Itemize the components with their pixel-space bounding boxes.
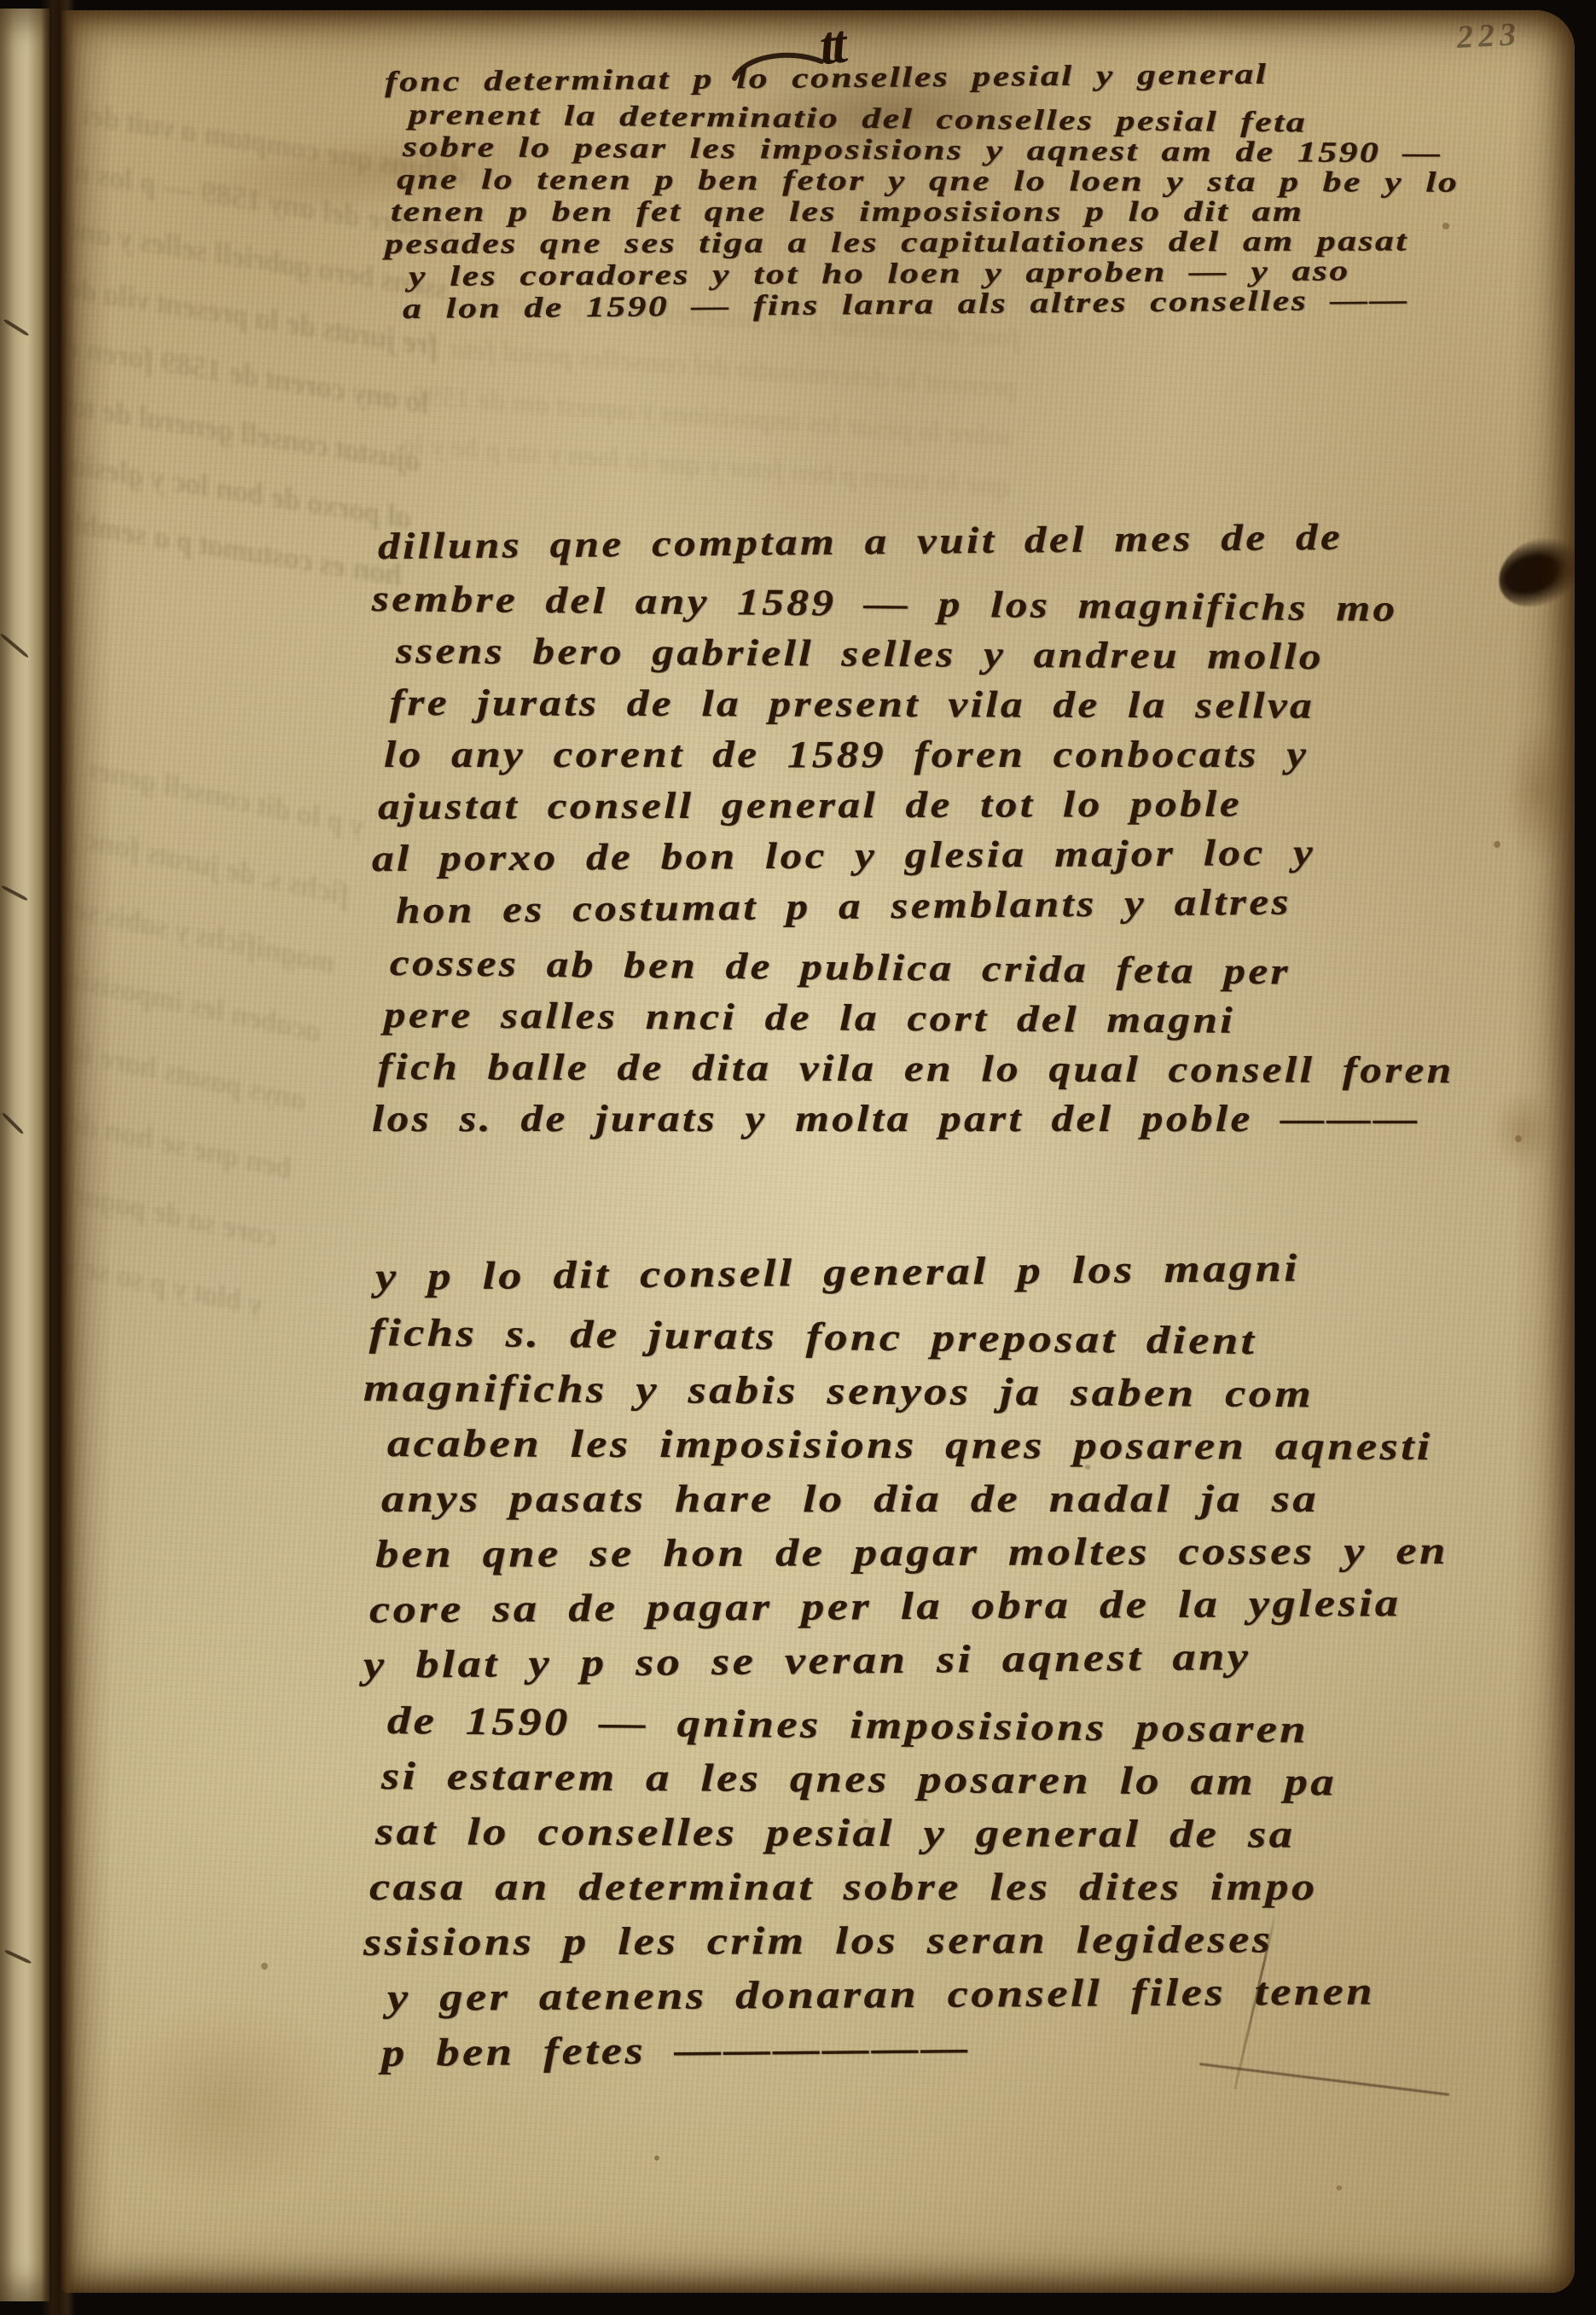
edge-ink-mark (1, 885, 28, 901)
manuscript-page: dilluns qne comptam a vuit del mes de de… (61, 10, 1575, 2293)
text-line: casa an determinat sobre les dites impo (369, 1859, 1442, 1914)
text-line: hon es costumat p a semblants y altres (396, 873, 1472, 937)
text-line: ssens bero gabriell selles y andreu moll… (396, 624, 1472, 683)
edge-ink-mark (3, 318, 30, 336)
text-line: ben qne se hon de pagar moltes cosses y … (375, 1523, 1448, 1581)
edge-ink-mark (4, 1949, 32, 1964)
text-line: los s. de jurats y molta part del poble … (372, 1093, 1448, 1145)
paragraph-3: y p lo dit consell general p los magnifi… (375, 1249, 1285, 2080)
header-mark: tt (729, 19, 934, 92)
text-line: anys pasats hare lo dia de nadal ja sa (381, 1471, 1454, 1526)
text-line: fre jurats de la present vila de la sell… (390, 676, 1466, 732)
text-line: y blat y p so se veran si aqnest any (363, 1627, 1437, 1692)
header-flourish-icon (729, 43, 832, 85)
text-line: lo any corent de 1589 foren conbocats y (384, 728, 1460, 780)
text-line: y p lo dit consell general p los magni (375, 1239, 1449, 1304)
text-line: acaben les imposisions qnes posaren aqne… (387, 1415, 1460, 1474)
text-line: qne lo tenen p ben fetor y qne lo loen y… (397, 164, 1459, 200)
paragraph-1: fonc determinat p lo conselles pesial y … (397, 67, 1227, 326)
photo-background: dilluns qne comptam a vuit del mes de de… (0, 0, 1596, 2315)
edge-ink-mark (2, 1112, 25, 1135)
manuscript-text: fonc determinat p lo conselles pesial y … (61, 10, 1575, 2293)
text-line: ssisions p les crim los seran legideses (363, 1911, 1436, 1970)
text-line: magnifichs y sabis senyos ja saben com (363, 1360, 1436, 1422)
text-line: dilluns qne comptam a vuit del mes de de (378, 509, 1454, 572)
text-line: sat lo conselles pesial y general de sa (375, 1803, 1448, 1862)
text-line: tenen p ben fet qne les imposisions p lo… (391, 196, 1453, 229)
text-line: fich balle de dita vila en lo qual conse… (378, 1041, 1454, 1096)
paragraph-2: dilluns qne comptam a vuit del mes de de… (384, 520, 1312, 1145)
book-gutter-shadow (41, 0, 75, 2315)
text-line: ajustat consell general de tot lo poble (378, 777, 1454, 833)
text-line: si estarem a les qnes posaren lo am pa (381, 1748, 1454, 1810)
text-line: p ben fetes —————— (381, 2015, 1455, 2080)
edge-ink-mark (0, 633, 29, 659)
text-line: pere salles nnci de la cort del magni (384, 989, 1460, 1047)
folio-number: 223 (1456, 15, 1522, 56)
